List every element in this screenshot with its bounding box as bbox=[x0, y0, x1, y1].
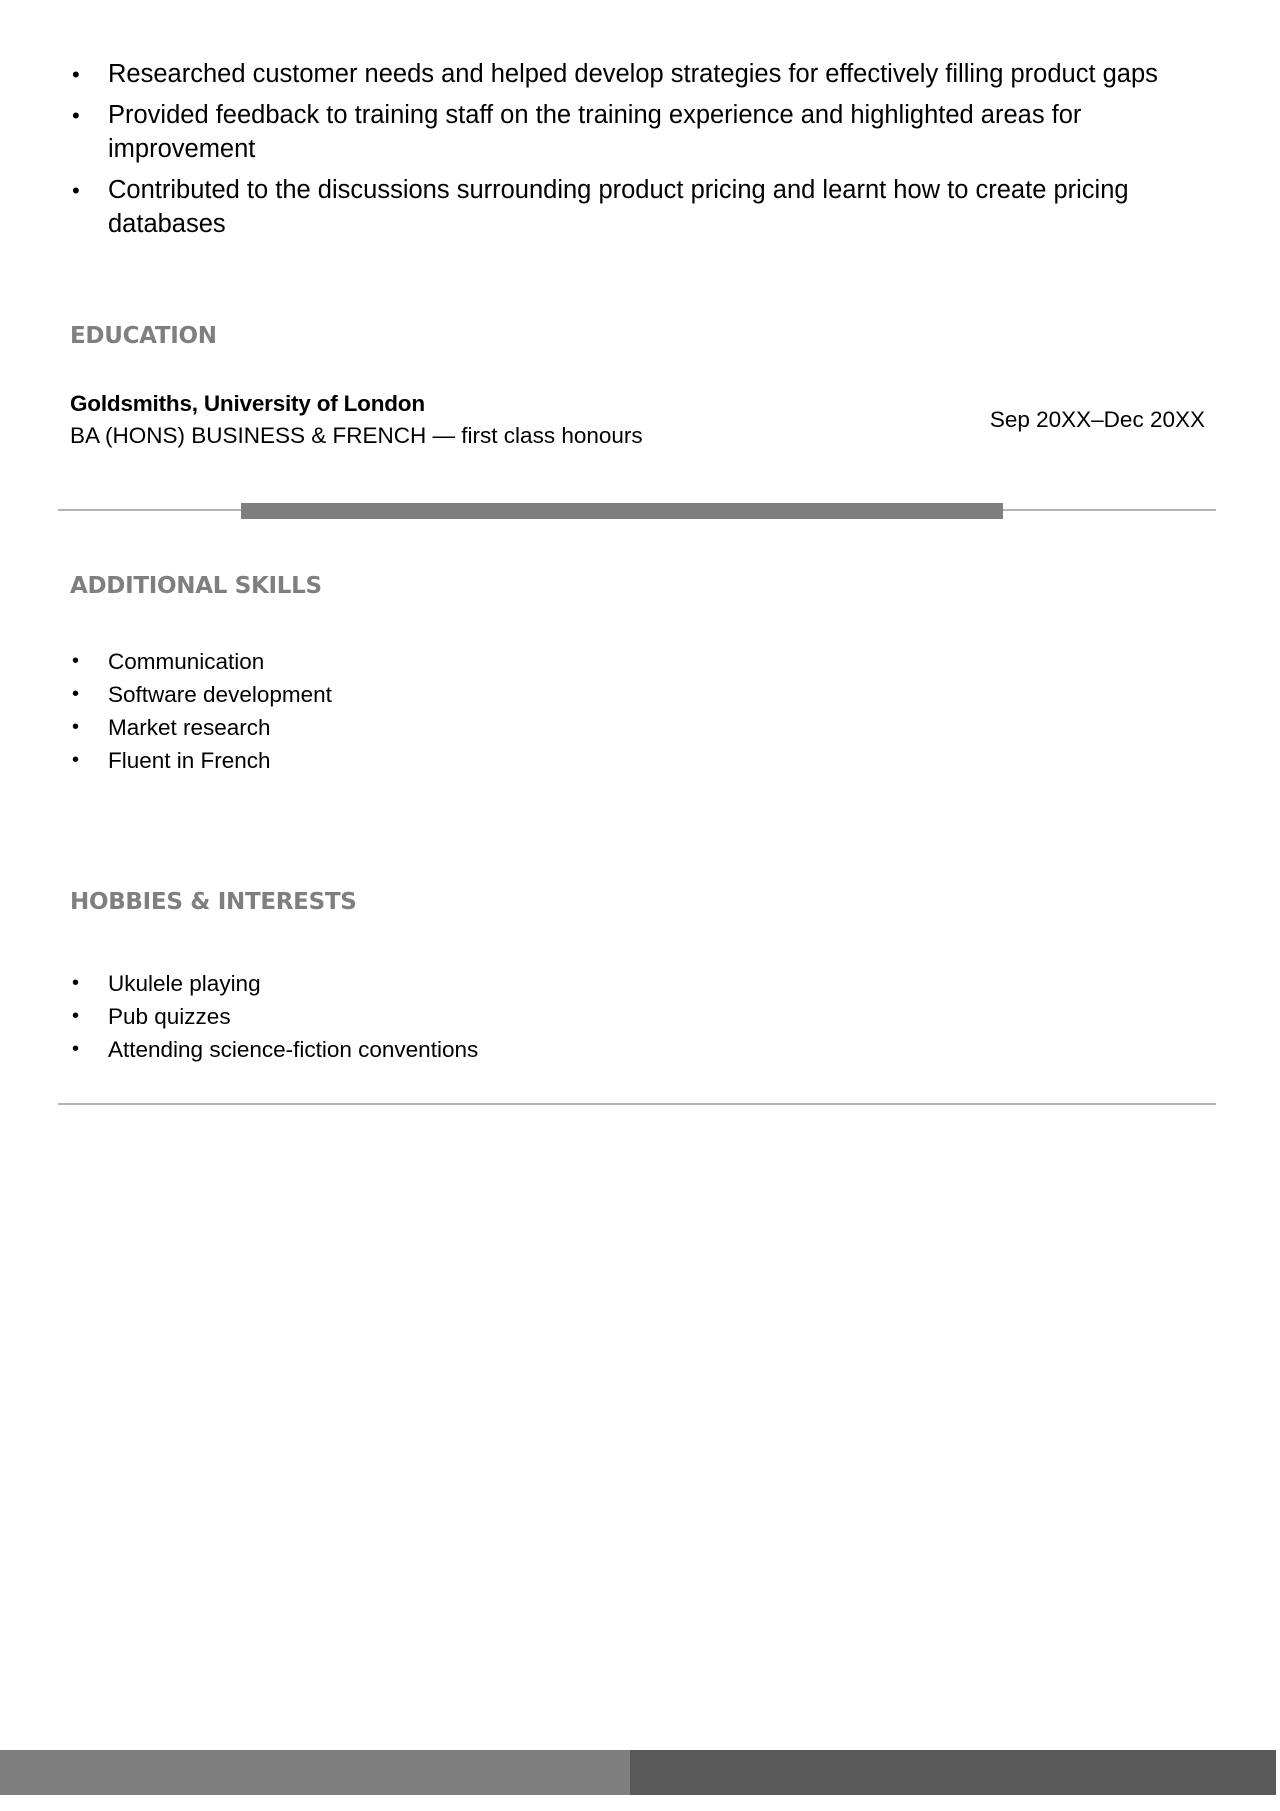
education-degree: BA (HONS) BUSINESS & FRENCH — first clas… bbox=[70, 422, 643, 450]
hobby-item: • Attending science-fiction conventions bbox=[70, 1033, 478, 1066]
footer-bar-right bbox=[630, 1750, 1276, 1795]
experience-bullet-text: Provided feedback to training staff on t… bbox=[108, 101, 1081, 164]
skill-item: • Fluent in French bbox=[70, 744, 332, 777]
hobby-item-text: Attending science-fiction conventions bbox=[108, 1037, 478, 1062]
footer-bar-left bbox=[0, 1750, 630, 1795]
bullet-icon: • bbox=[72, 744, 79, 777]
bullet-icon: • bbox=[72, 967, 79, 1000]
hobby-item: • Ukulele playing bbox=[70, 967, 478, 1000]
experience-bullet: • Provided feedback to training staff on… bbox=[70, 98, 1160, 167]
education-heading: EDUCATION bbox=[70, 323, 217, 349]
bullet-icon: • bbox=[72, 678, 79, 711]
bullet-icon: • bbox=[72, 1000, 79, 1033]
education-entry: Goldsmiths, University of London BA (HON… bbox=[70, 390, 1205, 450]
hobbies-heading: HOBBIES & INTERESTS bbox=[70, 889, 357, 915]
hobby-item: • Pub quizzes bbox=[70, 1000, 478, 1033]
skill-item-text: Fluent in French bbox=[108, 748, 271, 773]
footer-bar bbox=[0, 1750, 1276, 1795]
hobby-item-text: Pub quizzes bbox=[108, 1004, 231, 1029]
experience-bullet: • Researched customer needs and helped d… bbox=[70, 57, 1160, 92]
skill-item-text: Communication bbox=[108, 649, 264, 674]
experience-bullet-list: • Researched customer needs and helped d… bbox=[70, 57, 1160, 248]
bottom-divider bbox=[58, 1103, 1216, 1105]
skill-item: • Software development bbox=[70, 678, 332, 711]
skill-item: • Communication bbox=[70, 645, 332, 678]
bullet-icon: • bbox=[72, 1033, 79, 1066]
experience-bullet-text: Contributed to the discussions surroundi… bbox=[108, 176, 1129, 239]
skills-list: • Communication • Software development •… bbox=[70, 645, 332, 777]
skill-item: • Market research bbox=[70, 711, 332, 744]
bullet-icon: • bbox=[72, 99, 80, 134]
skill-item-text: Market research bbox=[108, 715, 271, 740]
resume-page: • Researched customer needs and helped d… bbox=[0, 0, 1280, 1811]
experience-bullet: • Contributed to the discussions surroun… bbox=[70, 173, 1160, 242]
bullet-icon: • bbox=[72, 174, 80, 209]
skill-item-text: Software development bbox=[108, 682, 332, 707]
hobbies-list: • Ukulele playing • Pub quizzes • Attend… bbox=[70, 967, 478, 1066]
education-school: Goldsmiths, University of London bbox=[70, 390, 425, 418]
bullet-icon: • bbox=[72, 645, 79, 678]
bullet-icon: • bbox=[72, 711, 79, 744]
skills-heading: ADDITIONAL SKILLS bbox=[70, 573, 322, 599]
section-divider-thick bbox=[241, 503, 1003, 519]
bullet-icon: • bbox=[72, 58, 80, 93]
hobby-item-text: Ukulele playing bbox=[108, 971, 261, 996]
education-dates: Sep 20XX–Dec 20XX bbox=[990, 406, 1205, 434]
experience-bullet-text: Researched customer needs and helped dev… bbox=[108, 60, 1158, 88]
